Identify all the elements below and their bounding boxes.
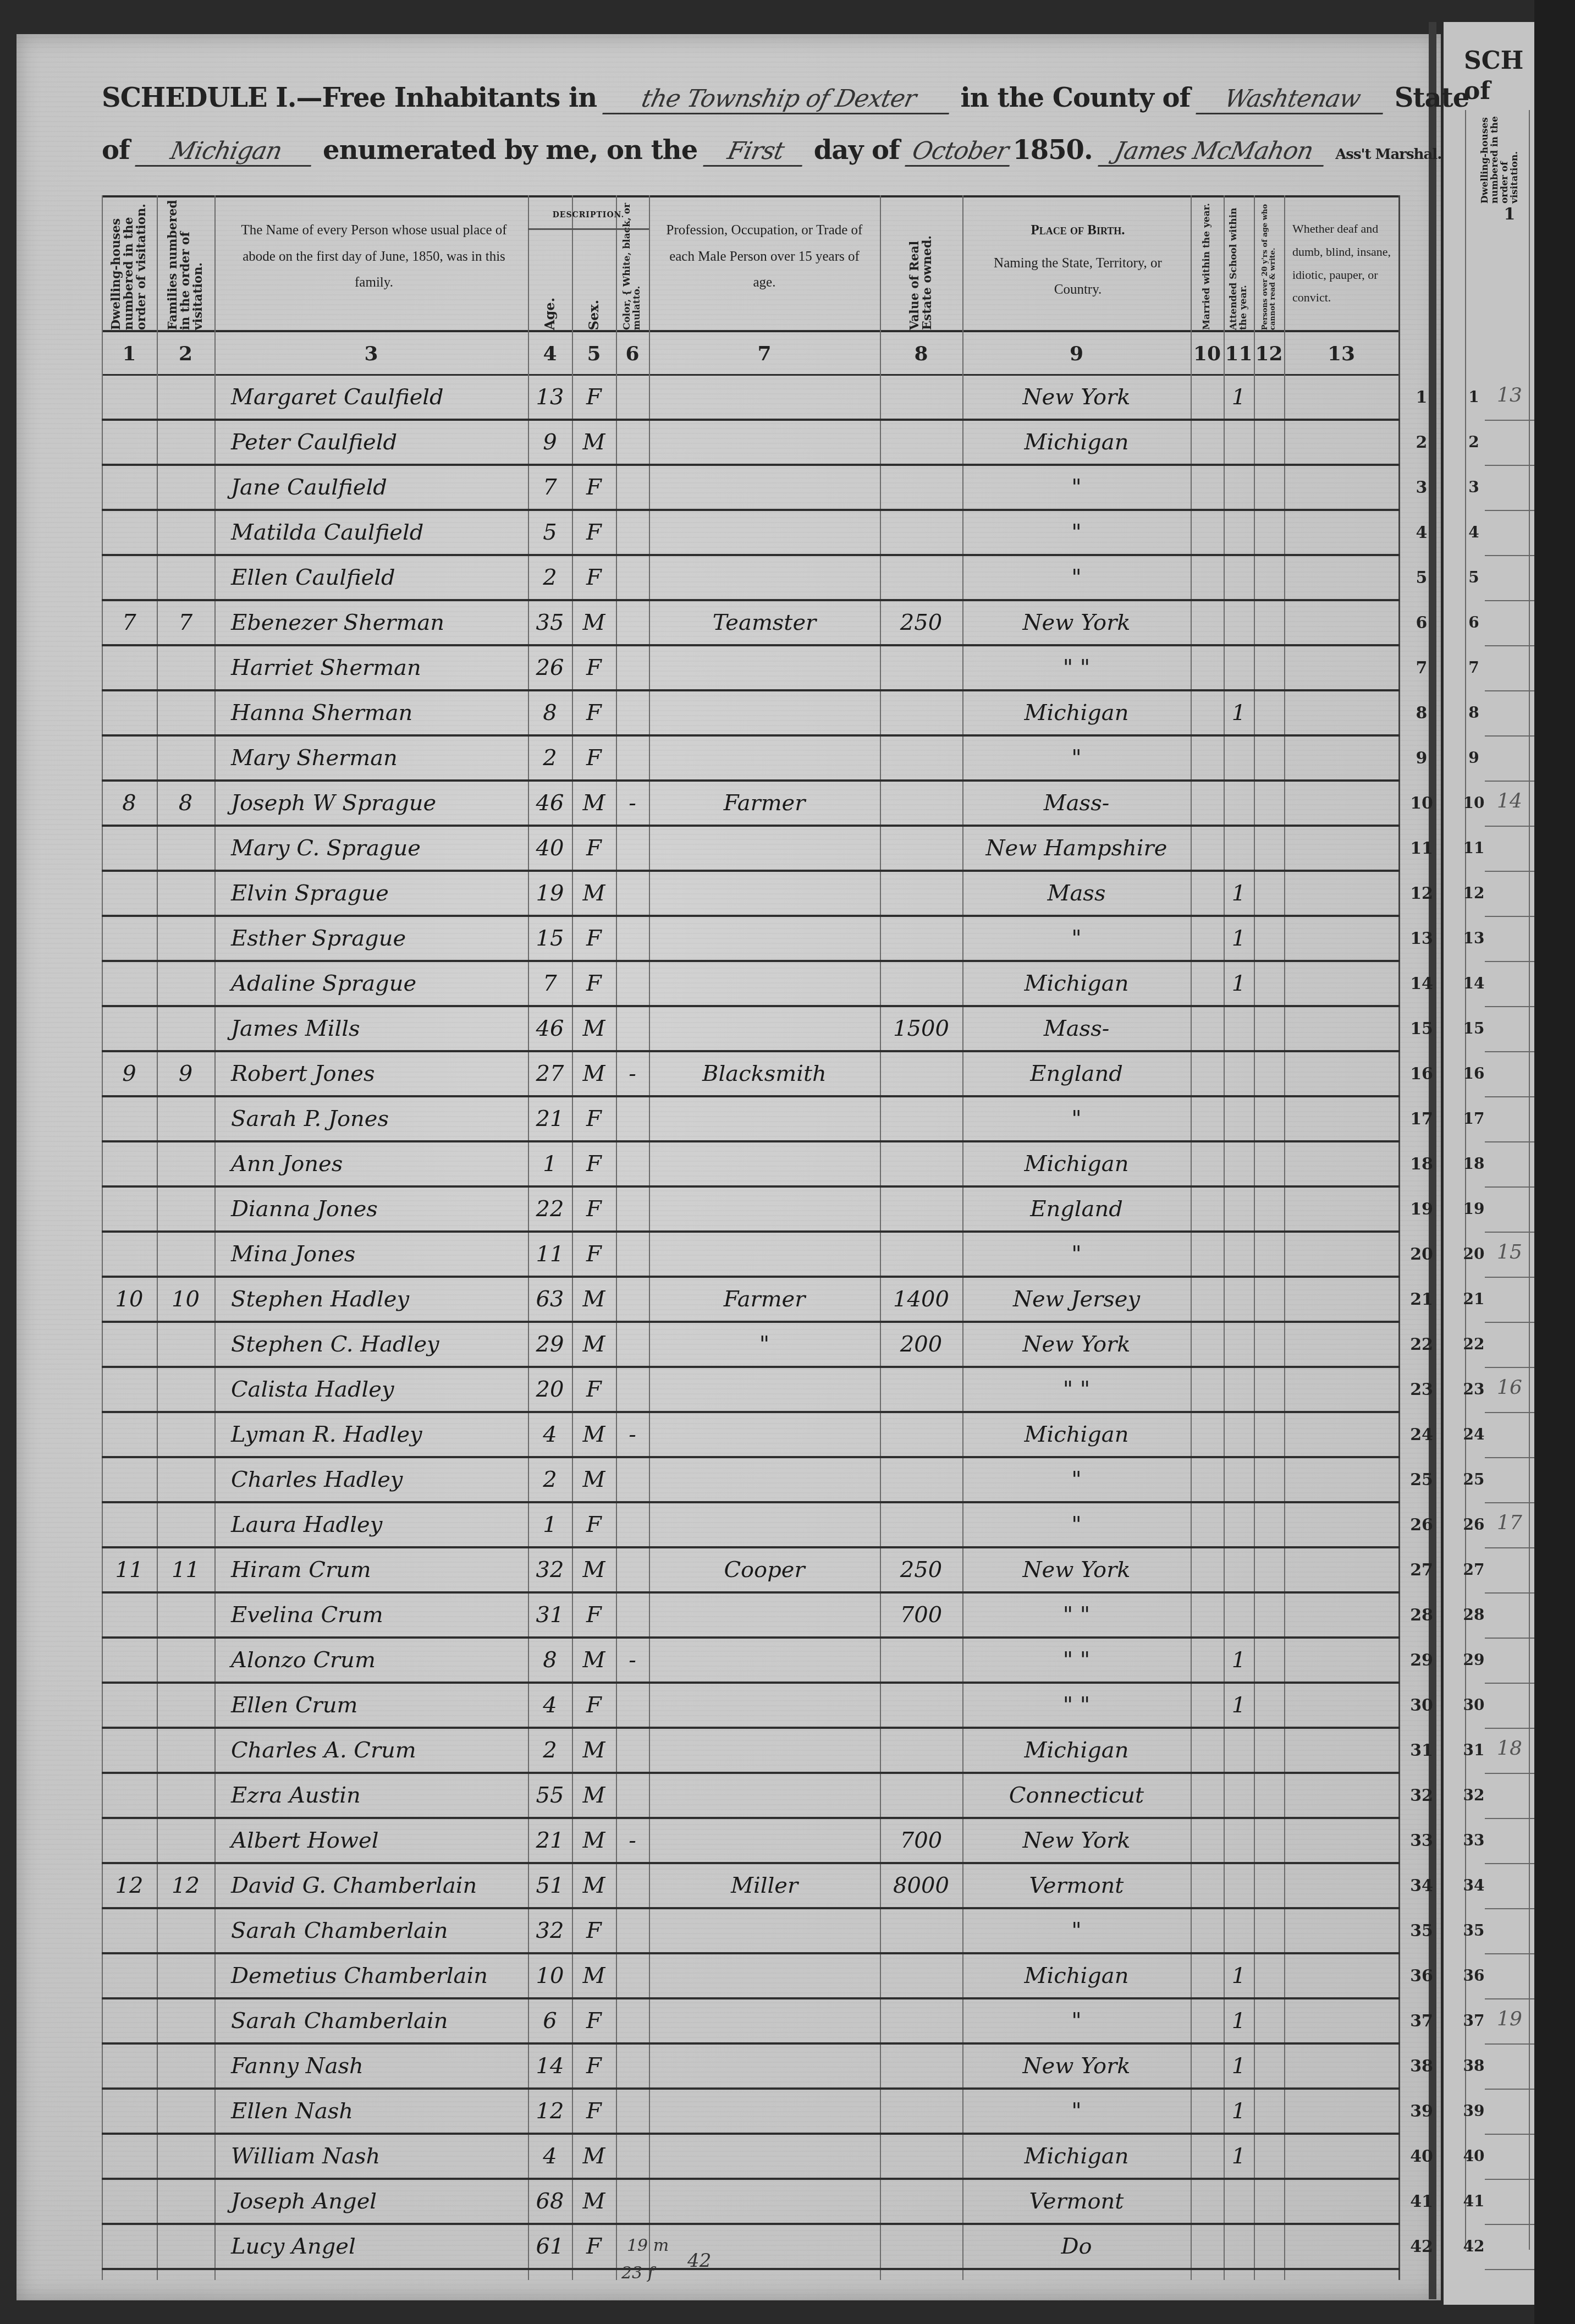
- line-number: 39: [1408, 2102, 1435, 2121]
- cannot-read-write: [1254, 2135, 1284, 2178]
- color: [616, 1729, 649, 1772]
- birthplace: Vermont: [962, 1864, 1191, 1907]
- line-number: 24: [1408, 1425, 1435, 1444]
- age: 4: [528, 2135, 572, 2178]
- age: 2: [528, 1458, 572, 1501]
- real-estate-value: [880, 2045, 962, 2087]
- married-within-year: [1191, 1548, 1224, 1591]
- condition: [1284, 1684, 1398, 1727]
- adjacent-line-number: 14: [1463, 974, 1485, 992]
- family-number: [157, 556, 214, 599]
- occupation: Teamster: [649, 601, 880, 644]
- adjacent-line-number: 29: [1463, 1651, 1485, 1669]
- married-within-year: [1191, 1052, 1224, 1095]
- occupation: Farmer: [649, 782, 880, 825]
- real-estate-value: [880, 2135, 962, 2178]
- line-number: 17: [1408, 1109, 1435, 1129]
- cannot-read-write: [1254, 1142, 1284, 1185]
- line-number: 25: [1408, 1470, 1435, 1490]
- real-estate-value: [880, 962, 962, 1005]
- adjacent-line-number: 12: [1463, 884, 1485, 902]
- condition: [1284, 376, 1398, 419]
- family-number: [157, 2090, 214, 2133]
- adjacent-line-number: 10: [1463, 794, 1485, 812]
- line-number: 19: [1408, 1200, 1435, 1219]
- family-number: [157, 737, 214, 779]
- dwelling-number: [102, 1684, 157, 1727]
- attended-school: [1224, 827, 1254, 870]
- family-number: [157, 1188, 214, 1230]
- dwelling-number: [102, 1639, 157, 1682]
- attended-school: [1224, 1323, 1254, 1366]
- cannot-read-write: [1254, 1458, 1284, 1501]
- color: [616, 1909, 649, 1952]
- condition: [1284, 646, 1398, 689]
- condition: [1284, 2180, 1398, 2223]
- header-color: Color, { White, black, or mulatto.: [616, 195, 649, 330]
- person-name: Peter Caulfield: [214, 421, 528, 464]
- family-number: [157, 466, 214, 509]
- line-number: 35: [1408, 1921, 1435, 1941]
- real-estate-value: 700: [880, 1594, 962, 1636]
- occupation: [649, 376, 880, 419]
- header-age: Age.: [528, 195, 572, 330]
- color: [616, 601, 649, 644]
- birthplace: New York: [962, 1323, 1191, 1366]
- birthplace: Mass-: [962, 1007, 1191, 1050]
- adjacent-dwelling-mark: 14: [1488, 790, 1532, 812]
- table-row: James Mills46M1500Mass-15: [102, 1007, 1400, 1052]
- dwelling-number: [102, 1999, 157, 2042]
- color: [616, 2135, 649, 2178]
- person-name: Sarah Chamberlain: [214, 1909, 528, 1952]
- dwelling-number: [102, 1954, 157, 1997]
- color: [616, 1233, 649, 1276]
- sex: F: [572, 827, 616, 870]
- age: 2: [528, 1729, 572, 1772]
- married-within-year: [1191, 782, 1224, 825]
- birthplace: ": [962, 737, 1191, 779]
- person-name: Ebenezer Sherman: [214, 601, 528, 644]
- birthplace: ": [962, 556, 1191, 599]
- family-number: 11: [157, 1548, 214, 1591]
- table-row: Calista Hadley20F" "23: [102, 1368, 1400, 1413]
- table-row: Hanna Sherman8FMichigan18: [102, 691, 1400, 737]
- line-number: 16: [1408, 1064, 1435, 1084]
- birthplace: ": [962, 917, 1191, 960]
- cannot-read-write: [1254, 2090, 1284, 2133]
- year-label: 1850.: [1012, 135, 1092, 166]
- state-field: Michigan: [135, 137, 317, 167]
- table-row: Sarah Chamberlain6F"137: [102, 1999, 1400, 2045]
- real-estate-value: [880, 1954, 962, 1997]
- line-number: 12: [1408, 884, 1435, 903]
- cannot-read-write: [1254, 1007, 1284, 1050]
- attended-school: 1: [1224, 1639, 1254, 1682]
- color: [616, 556, 649, 599]
- table-row: Demetius Chamberlain10MMichigan136: [102, 1954, 1400, 1999]
- line-number: 33: [1408, 1831, 1435, 1850]
- married-within-year: [1191, 962, 1224, 1005]
- color: [616, 646, 649, 689]
- condition: [1284, 1233, 1398, 1276]
- married-within-year: [1191, 421, 1224, 464]
- occupation: [649, 1233, 880, 1276]
- occupation: [649, 646, 880, 689]
- adjacent-line-number: 6: [1463, 613, 1485, 631]
- age: 27: [528, 1052, 572, 1095]
- occupation: [649, 1503, 880, 1546]
- line-number: 30: [1408, 1696, 1435, 1715]
- birthplace: ": [962, 1097, 1191, 1140]
- table-row: Dianna Jones22FEngland19: [102, 1188, 1400, 1233]
- condition: [1284, 1954, 1398, 1997]
- header-illiterate: Persons over 20 y'rs of age who cannot r…: [1254, 195, 1284, 330]
- family-number: [157, 2045, 214, 2087]
- birthplace: Vermont: [962, 2180, 1191, 2223]
- family-number: 12: [157, 1864, 214, 1907]
- adjacent-line-number: 42: [1463, 2237, 1485, 2255]
- occupation: Cooper: [649, 1548, 880, 1591]
- occupation: [649, 1413, 880, 1456]
- adjacent-line-number: 37: [1463, 2012, 1485, 2030]
- adjacent-dwelling-mark: 18: [1488, 1737, 1532, 1760]
- line-number: 3: [1408, 478, 1435, 497]
- adjacent-line-number: 5: [1463, 568, 1485, 586]
- dwelling-number: [102, 691, 157, 734]
- attended-school: [1224, 1909, 1254, 1952]
- person-name: Lyman R. Hadley: [214, 1413, 528, 1456]
- adjacent-of-fragment: of: [1464, 77, 1490, 105]
- sex: F: [572, 962, 616, 1005]
- dwelling-number: [102, 556, 157, 599]
- adjacent-line-number: 35: [1463, 1921, 1485, 1940]
- adjacent-line-number: 3: [1463, 478, 1485, 496]
- condition: [1284, 2225, 1398, 2268]
- adjacent-line-number: 26: [1463, 1515, 1485, 1534]
- real-estate-value: [880, 2180, 962, 2223]
- person-name: Joseph Angel: [214, 2180, 528, 2223]
- table-row: Lyman R. Hadley4M-Michigan24: [102, 1413, 1400, 1458]
- attended-school: 1: [1224, 691, 1254, 734]
- adjacent-line-number: 24: [1463, 1425, 1485, 1443]
- table-row: Jane Caulfield7F"3: [102, 466, 1400, 511]
- colnum-12: 12: [1254, 333, 1284, 374]
- line-number: 10: [1408, 794, 1435, 813]
- adjacent-line-number: 23: [1463, 1380, 1485, 1398]
- married-within-year: [1191, 917, 1224, 960]
- occupation: [649, 2090, 880, 2133]
- occupation: Blacksmith: [649, 1052, 880, 1095]
- attended-school: [1224, 1503, 1254, 1546]
- table-row: Mary C. Sprague40FNew Hampshire11: [102, 827, 1400, 872]
- cannot-read-write: [1254, 917, 1284, 960]
- dwelling-number: [102, 872, 157, 915]
- occupation: [649, 827, 880, 870]
- family-number: [157, 1413, 214, 1456]
- enumerated-label: enumerated by me, on the: [323, 135, 697, 166]
- adjacent-colnum: 1: [1488, 205, 1532, 224]
- family-number: [157, 1999, 214, 2042]
- real-estate-value: 200: [880, 1323, 962, 1366]
- person-name: Hanna Sherman: [214, 691, 528, 734]
- color: [616, 1142, 649, 1185]
- age: 32: [528, 1548, 572, 1591]
- age: 11: [528, 1233, 572, 1276]
- birthplace: Michigan: [962, 421, 1191, 464]
- married-within-year: [1191, 511, 1224, 554]
- adjacent-line-number: 28: [1463, 1606, 1485, 1624]
- sex: F: [572, 2045, 616, 2087]
- condition: [1284, 1819, 1398, 1862]
- birthplace: Do: [962, 2225, 1191, 2268]
- married-within-year: [1191, 1097, 1224, 1140]
- adjacent-line-number: 4: [1463, 523, 1485, 541]
- adjacent-line-number: 40: [1463, 2147, 1485, 2165]
- age: 29: [528, 1323, 572, 1366]
- real-estate-value: 1500: [880, 1007, 962, 1050]
- condition: [1284, 601, 1398, 644]
- sex: M: [572, 872, 616, 915]
- table-row: Matilda Caulfield5F"4: [102, 511, 1400, 556]
- age: 61: [528, 2225, 572, 2268]
- real-estate-value: 8000: [880, 1864, 962, 1907]
- family-number: 10: [157, 1278, 214, 1321]
- color: [616, 1368, 649, 1411]
- age: 21: [528, 1097, 572, 1140]
- family-number: [157, 917, 214, 960]
- color: -: [616, 1639, 649, 1682]
- color: [616, 872, 649, 915]
- header-birthplace-title: Place of Birth.: [976, 217, 1180, 245]
- birthplace: New York: [962, 1819, 1191, 1862]
- occupation: [649, 1368, 880, 1411]
- adjacent-line-number: 30: [1463, 1696, 1485, 1714]
- color: [616, 1323, 649, 1366]
- age: 10: [528, 1954, 572, 1997]
- occupation: [649, 556, 880, 599]
- birthplace: ": [962, 466, 1191, 509]
- condition: [1284, 872, 1398, 915]
- real-estate-value: [880, 691, 962, 734]
- adjacent-line-number: 41: [1463, 2192, 1485, 2210]
- person-name: Calista Hadley: [214, 1368, 528, 1411]
- cannot-read-write: [1254, 827, 1284, 870]
- attended-school: [1224, 1594, 1254, 1636]
- condition: [1284, 1639, 1398, 1682]
- condition: [1284, 1278, 1398, 1321]
- dwelling-number: [102, 827, 157, 870]
- cannot-read-write: [1254, 962, 1284, 1005]
- adjacent-line-number: 19: [1463, 1200, 1485, 1218]
- adjacent-line-number: 15: [1463, 1019, 1485, 1037]
- condition: [1284, 1458, 1398, 1501]
- person-name: Demetius Chamberlain: [214, 1954, 528, 1997]
- age: 12: [528, 2090, 572, 2133]
- dwelling-number: [102, 737, 157, 779]
- adjacent-line-number: 33: [1463, 1831, 1485, 1849]
- age: 9: [528, 421, 572, 464]
- colnum-9: 9: [962, 333, 1191, 374]
- married-within-year: [1191, 1142, 1224, 1185]
- line-number: 5: [1408, 568, 1435, 587]
- person-name: Elvin Sprague: [214, 872, 528, 915]
- married-within-year: [1191, 1233, 1224, 1276]
- attended-school: 1: [1224, 1684, 1254, 1727]
- dwelling-number: [102, 511, 157, 554]
- sex: F: [572, 1097, 616, 1140]
- family-number: [157, 1954, 214, 1997]
- person-name: Mina Jones: [214, 1233, 528, 1276]
- dwelling-number: [102, 646, 157, 689]
- married-within-year: [1191, 1007, 1224, 1050]
- dwelling-number: 12: [102, 1864, 157, 1907]
- attended-school: [1224, 782, 1254, 825]
- sex: F: [572, 737, 616, 779]
- condition: [1284, 2045, 1398, 2087]
- attended-school: [1224, 646, 1254, 689]
- sex: M: [572, 1548, 616, 1591]
- sex: F: [572, 691, 616, 734]
- person-name: Hiram Crum: [214, 1548, 528, 1591]
- family-number: [157, 1819, 214, 1862]
- family-number: [157, 1594, 214, 1636]
- sex: M: [572, 1052, 616, 1095]
- real-estate-value: [880, 1188, 962, 1230]
- table-row: Ellen Caulfield2F"5: [102, 556, 1400, 601]
- person-name: Stephen C. Hadley: [214, 1323, 528, 1366]
- age: 8: [528, 691, 572, 734]
- age: 55: [528, 1774, 572, 1817]
- age: 40: [528, 827, 572, 870]
- tally-females: 23 f: [621, 2263, 654, 2283]
- person-name: Alonzo Crum: [214, 1639, 528, 1682]
- table-row: Harriet Sherman26F" "7: [102, 646, 1400, 691]
- cannot-read-write: [1254, 1548, 1284, 1591]
- adjacent-line-number: 27: [1463, 1561, 1485, 1579]
- line-number: 11: [1408, 839, 1435, 858]
- condition: [1284, 1594, 1398, 1636]
- colnum-2: 2: [157, 333, 214, 374]
- real-estate-value: [880, 421, 962, 464]
- adjacent-dwelling-mark: 19: [1488, 2008, 1532, 2030]
- header-condition: Whether deaf and dumb, blind, insane, id…: [1292, 217, 1394, 327]
- person-name: Sarah P. Jones: [214, 1097, 528, 1140]
- color: -: [616, 1819, 649, 1862]
- occupation: [649, 1188, 880, 1230]
- age: 20: [528, 1368, 572, 1411]
- cannot-read-write: [1254, 1819, 1284, 1862]
- family-number: [157, 872, 214, 915]
- age: 14: [528, 2045, 572, 2087]
- header-name: The Name of every Person whose usual pla…: [236, 217, 511, 327]
- real-estate-value: [880, 1413, 962, 1456]
- attended-school: [1224, 2225, 1254, 2268]
- person-name: Mary C. Sprague: [214, 827, 528, 870]
- attended-school: [1224, 1413, 1254, 1456]
- sex: F: [572, 556, 616, 599]
- day-of-label: day of: [814, 135, 900, 166]
- birthplace: ": [962, 1458, 1191, 1501]
- family-number: 9: [157, 1052, 214, 1095]
- condition: [1284, 827, 1398, 870]
- dwelling-number: [102, 1413, 157, 1456]
- condition: [1284, 1142, 1398, 1185]
- color: [616, 917, 649, 960]
- occupation: [649, 1007, 880, 1050]
- occupation: [649, 421, 880, 464]
- age: 8: [528, 1639, 572, 1682]
- dwelling-number: [102, 466, 157, 509]
- sex: F: [572, 1142, 616, 1185]
- cannot-read-write: [1254, 1864, 1284, 1907]
- colnum-4: 4: [528, 333, 572, 374]
- color: [616, 1503, 649, 1546]
- sex: F: [572, 1594, 616, 1636]
- cannot-read-write: [1254, 1188, 1284, 1230]
- line-number: 15: [1408, 1019, 1435, 1039]
- cannot-read-write: [1254, 1097, 1284, 1140]
- table-row: 99Robert Jones27M-BlacksmithEngland16: [102, 1052, 1400, 1097]
- condition: [1284, 1052, 1398, 1095]
- occupation: [649, 1954, 880, 1997]
- table-row: Mary Sherman2F"9: [102, 737, 1400, 782]
- married-within-year: [1191, 1188, 1224, 1230]
- real-estate-value: [880, 1999, 962, 2042]
- line-number: 23: [1408, 1380, 1435, 1399]
- occupation: Miller: [649, 1864, 880, 1907]
- married-within-year: [1191, 872, 1224, 915]
- family-number: [157, 1142, 214, 1185]
- real-estate-value: [880, 1233, 962, 1276]
- table-row: Sarah P. Jones21F"17: [102, 1097, 1400, 1142]
- birthplace: New Hampshire: [962, 827, 1191, 870]
- birthplace: New York: [962, 376, 1191, 419]
- adjacent-line-number: 16: [1463, 1064, 1485, 1083]
- married-within-year: [1191, 1774, 1224, 1817]
- married-within-year: [1191, 1594, 1224, 1636]
- family-number: [157, 1729, 214, 1772]
- color: [616, 1954, 649, 1997]
- age: 13: [528, 376, 572, 419]
- table-row: 77Ebenezer Sherman35MTeamster250New York…: [102, 601, 1400, 646]
- real-estate-value: [880, 1052, 962, 1095]
- sex: F: [572, 917, 616, 960]
- attended-school: [1224, 1864, 1254, 1907]
- dwelling-number: [102, 2045, 157, 2087]
- married-within-year: [1191, 1909, 1224, 1952]
- family-number: [157, 2180, 214, 2223]
- census-table: Dwelling-houses numbered in the order of…: [102, 195, 1400, 2280]
- birthplace: New York: [962, 1548, 1191, 1591]
- header-family: Families numbered in the order of visita…: [157, 195, 214, 330]
- age: 63: [528, 1278, 572, 1321]
- occupation: [649, 691, 880, 734]
- cannot-read-write: [1254, 1639, 1284, 1682]
- table-row: Lucy Angel61FDo42: [102, 2225, 1400, 2270]
- occupation: [649, 1729, 880, 1772]
- family-number: [157, 1368, 214, 1411]
- married-within-year: [1191, 1819, 1224, 1862]
- real-estate-value: [880, 1458, 962, 1501]
- occupation: [649, 1999, 880, 2042]
- line-number: 41: [1408, 2192, 1435, 2211]
- cannot-read-write: [1254, 1999, 1284, 2042]
- birthplace: Michigan: [962, 1729, 1191, 1772]
- sex: M: [572, 782, 616, 825]
- cannot-read-write: [1254, 1774, 1284, 1817]
- cannot-read-write: [1254, 1909, 1284, 1952]
